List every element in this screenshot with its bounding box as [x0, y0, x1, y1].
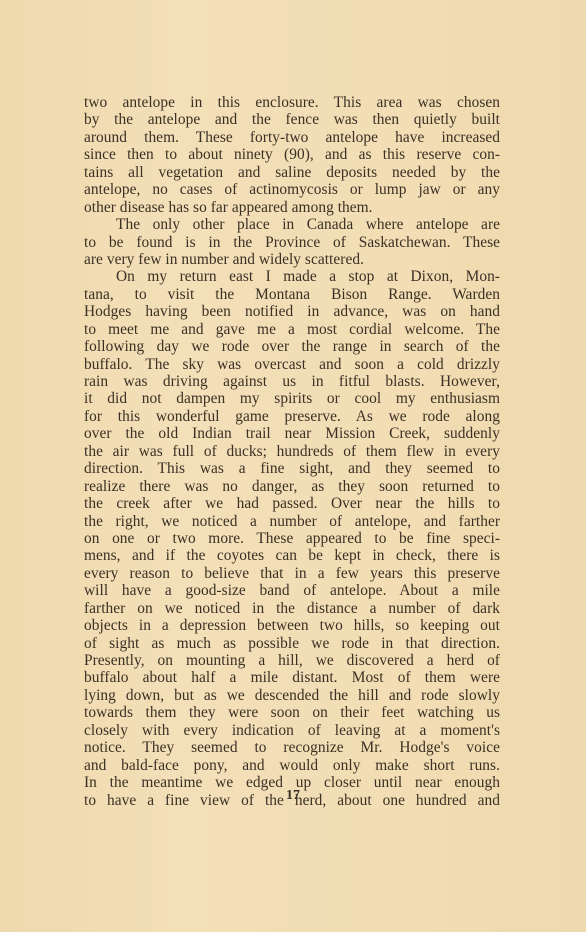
text-line: notice. They seemed to recognize Mr. Hod…	[84, 739, 500, 756]
text-line: the creek after we had passed. Over near…	[84, 495, 500, 512]
text-line: buffalo. The sky was overcast and soon a…	[84, 356, 500, 373]
text-line: it did not dampen my spirits or cool my …	[84, 390, 500, 407]
text-line: the air was full of ducks; hundreds of t…	[84, 443, 500, 460]
text-line: over the old Indian trail near Mission C…	[84, 425, 500, 442]
book-page: two antelope in this enclosure. This are…	[0, 0, 586, 932]
text-line: other disease has so far appeared among …	[84, 199, 500, 216]
body-text: two antelope in this enclosure. This are…	[84, 94, 500, 809]
text-line: to meet me and gave me a most cordial we…	[84, 321, 500, 338]
text-line: closely with every indication of leaving…	[84, 722, 500, 739]
text-line: will have a good-size band of antelope. …	[84, 582, 500, 599]
text-line: two antelope in this enclosure. This are…	[84, 94, 500, 111]
text-line: mens, and if the coyotes can be kept in …	[84, 547, 500, 564]
text-line: towards them they were soon on their fee…	[84, 704, 500, 721]
page-number: 17	[0, 788, 586, 804]
text-line: following day we rode over the range in …	[84, 338, 500, 355]
text-line: Presently, on mounting a hill, we discov…	[84, 652, 500, 669]
text-line: the right, we noticed a number of antelo…	[84, 513, 500, 530]
text-line: of sight as much as possible we rode in …	[84, 635, 500, 652]
text-line: since then to about ninety (90), and as …	[84, 146, 500, 163]
text-line: are very few in number and widely scatte…	[84, 251, 500, 268]
text-line: buffalo about half a mile distant. Most …	[84, 669, 500, 686]
text-line: antelope, no cases of actinomycosis or l…	[84, 181, 500, 198]
text-line: and bald-face pony, and would only make …	[84, 757, 500, 774]
text-line: on one or two more. These appeared to be…	[84, 530, 500, 547]
text-line: every reason to believe that in a few ye…	[84, 565, 500, 582]
text-line: realize there was no danger, as they soo…	[84, 478, 500, 495]
text-line: On my return east I made a stop at Dixon…	[84, 268, 500, 285]
text-line: for this wonderful game preserve. As we …	[84, 408, 500, 425]
text-line: lying down, but as we descended the hill…	[84, 687, 500, 704]
text-line: tains all vegetation and saline deposits…	[84, 164, 500, 181]
text-line: tana, to visit the Montana Bison Range. …	[84, 286, 500, 303]
text-line: objects in a depression between two hill…	[84, 617, 500, 634]
text-line: Hodges having been notified in advance, …	[84, 303, 500, 320]
text-line: farther on we noticed in the distance a …	[84, 600, 500, 617]
text-line: rain was driving against us in fitful bl…	[84, 373, 500, 390]
text-line: to be found is in the Province of Saskat…	[84, 234, 500, 251]
text-line: by the antelope and the fence was then q…	[84, 111, 500, 128]
text-line: around them. These forty-two antelope ha…	[84, 129, 500, 146]
text-line: direction. This was a fine sight, and th…	[84, 460, 500, 477]
text-line: The only other place in Canada where ant…	[84, 216, 500, 233]
